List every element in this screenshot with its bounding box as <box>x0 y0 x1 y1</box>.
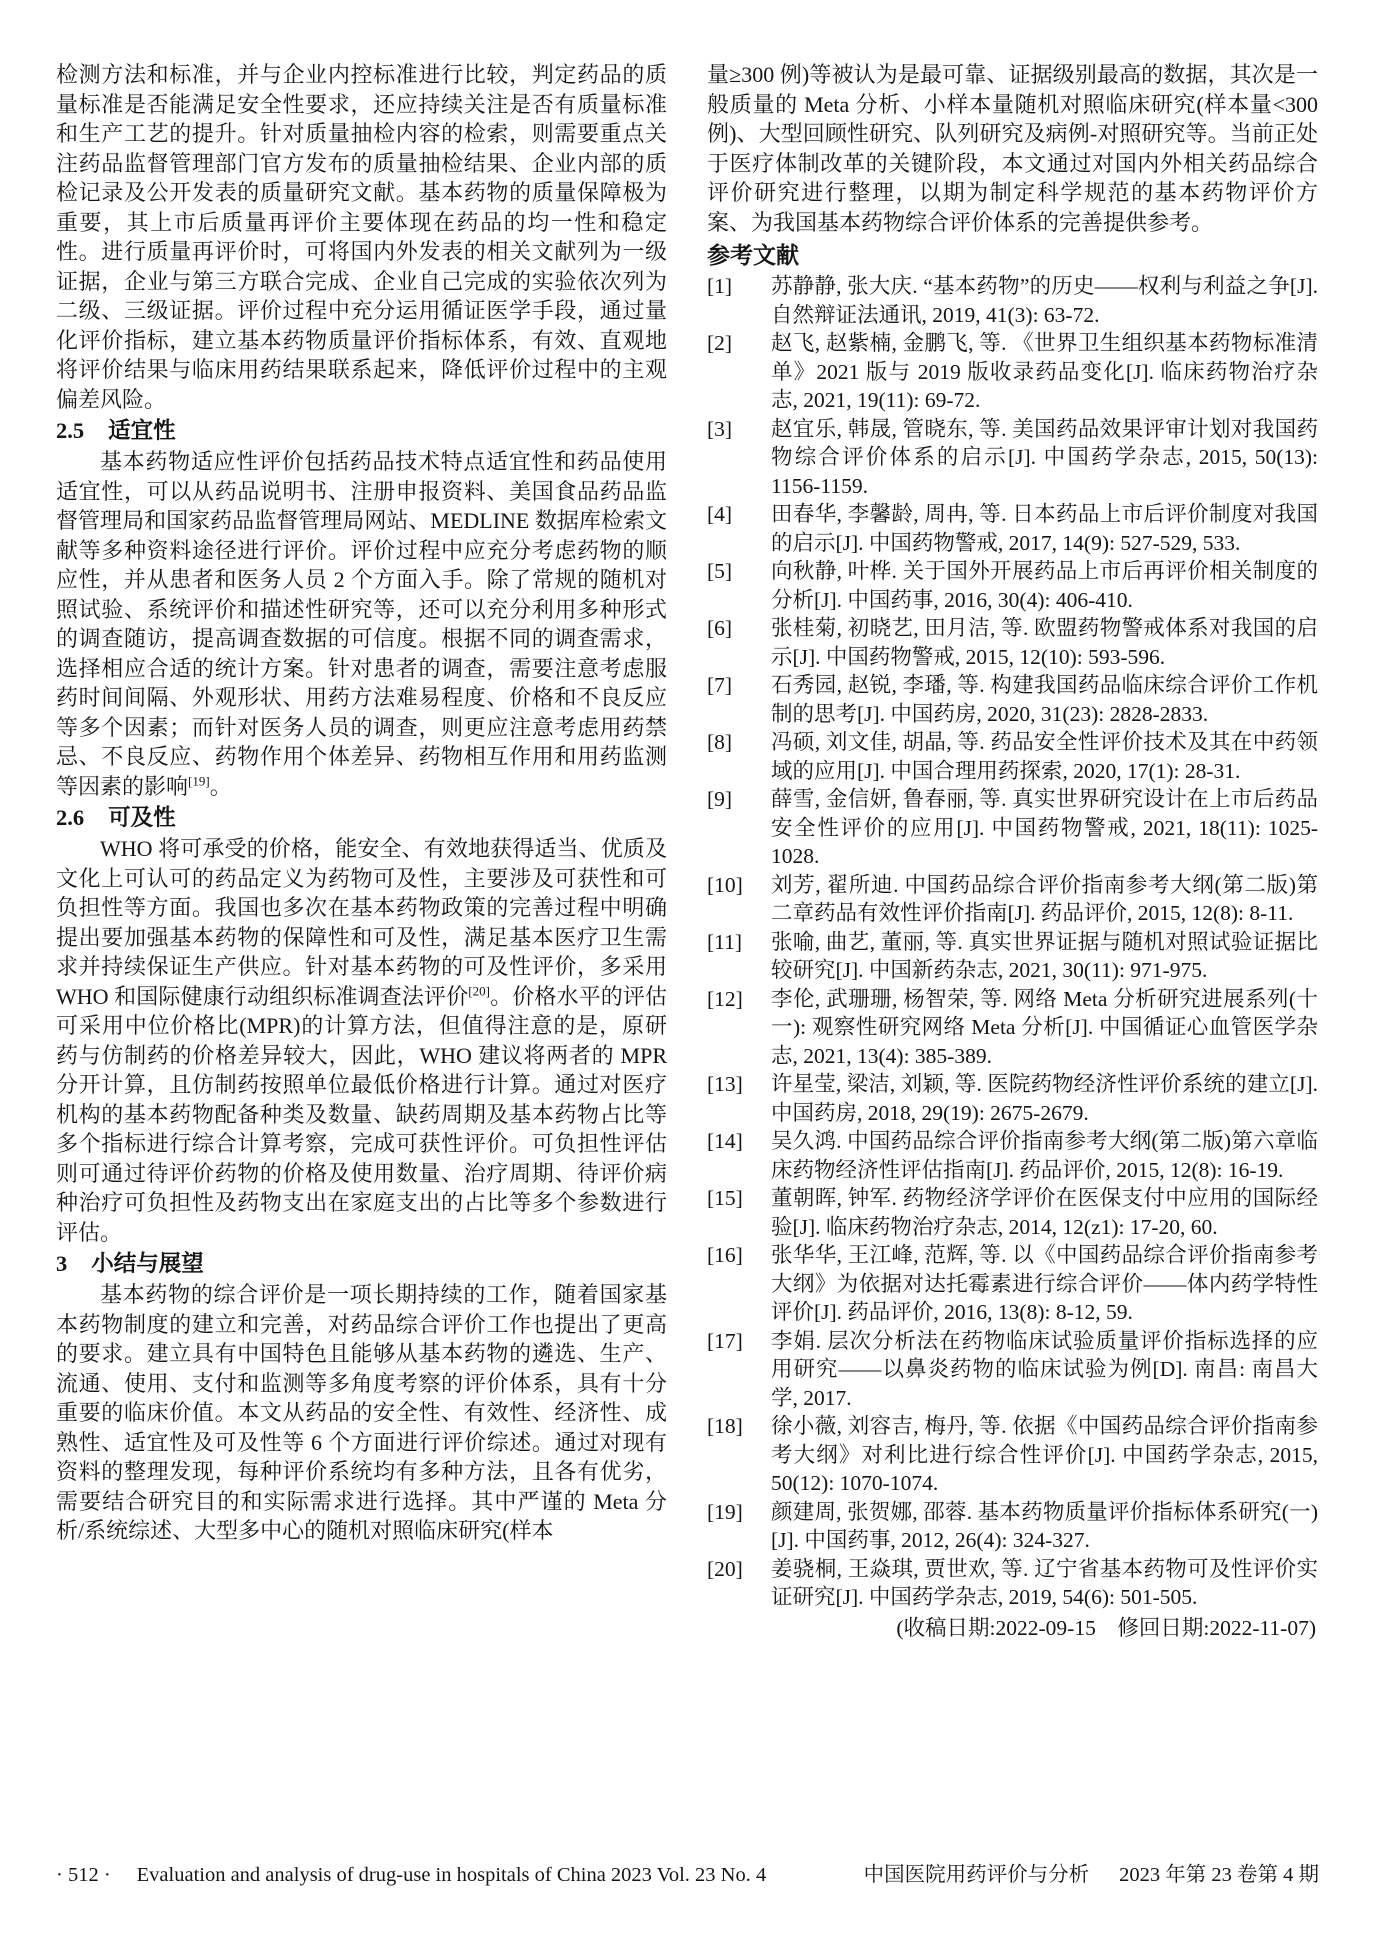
journal-page: 检测方法和标准，并与企业内控标准进行比较，判定药品的质量标准是否能满足安全性要求… <box>0 0 1375 1940</box>
section-heading-2-6: 2.6可及性 <box>56 803 667 833</box>
citation-superscript-20: [20] <box>468 983 490 998</box>
reference-item: [17] 李娟. 层次分析法在药物临床试验质量评价指标选择的应用研究——以鼻炎药… <box>707 1327 1318 1413</box>
received-revised-dates: (收稿日期:2022-09-15 修回日期:2022-11-07) <box>707 1613 1318 1643</box>
reference-number: [11] <box>707 928 771 985</box>
section-3-paragraph: 基本药物的综合评价是一项长期持续的工作，随着国家基本药物制度的建立和完善，对药品… <box>56 1280 667 1546</box>
reference-item: [5] 向秋静, 叶桦. 关于国外开展药品上市后再评价相关制度的分析[J]. 中… <box>707 557 1318 614</box>
continued-paragraph-quality: 检测方法和标准，并与企业内控标准进行比较，判定药品的质量标准是否能满足安全性要求… <box>56 60 667 414</box>
reference-number: [5] <box>707 557 771 614</box>
reference-number: [16] <box>707 1241 771 1327</box>
reference-number: [20] <box>707 1555 771 1612</box>
reference-item: [9] 薛雪, 金信妍, 鲁春丽, 等. 真实世界研究设计在上市后药品安全性评价… <box>707 785 1318 871</box>
reference-text: 向秋静, 叶桦. 关于国外开展药品上市后再评价相关制度的分析[J]. 中国药事,… <box>771 557 1318 614</box>
reference-number: [3] <box>707 415 771 501</box>
reference-number: [17] <box>707 1327 771 1413</box>
reference-number: [14] <box>707 1127 771 1184</box>
reference-item: [8] 冯硕, 刘文佳, 胡晶, 等. 药品安全性评价技术及其在中药领域的应用[… <box>707 728 1318 785</box>
journal-title-chinese: 中国医院用药评价与分析 <box>864 1862 1090 1888</box>
reference-number: [19] <box>707 1498 771 1555</box>
right-column: 量≥300 例)等被认为是最可靠、证据级别最高的数据，其次是一般质量的 Meta… <box>707 60 1318 1643</box>
reference-text: 赵飞, 赵紫楠, 金鹏飞, 等. 《世界卫生组织基本药物标准清单》2021 版与… <box>771 329 1318 415</box>
reference-text: 张桂菊, 初晓艺, 田月洁, 等. 欧盟药物警戒体系对我国的启示[J]. 中国药… <box>771 614 1318 671</box>
reference-number: [13] <box>707 1070 771 1127</box>
page-number: · 512 · <box>56 1862 111 1888</box>
reference-text: 薛雪, 金信妍, 鲁春丽, 等. 真实世界研究设计在上市后药品安全性评价的应用[… <box>771 785 1318 871</box>
footer-left: · 512 · Evaluation and analysis of drug-… <box>56 1862 766 1888</box>
section-heading-3: 3小结与展望 <box>56 1249 667 1279</box>
footer-right: 中国医院用药评价与分析 2023 年第 23 卷第 4 期 <box>864 1862 1319 1888</box>
reference-text: 张喻, 曲艺, 董丽, 等. 真实世界证据与随机对照试验证据比较研究[J]. 中… <box>771 928 1318 985</box>
reference-item: [10] 刘芳, 翟所迪. 中国药品综合评价指南参考大纲(第二版)第二章药品有效… <box>707 871 1318 928</box>
reference-item: [19] 颜建周, 张贺娜, 邵蓉. 基本药物质量评价指标体系研究(一)[J].… <box>707 1498 1318 1555</box>
reference-item: [2] 赵飞, 赵紫楠, 金鹏飞, 等. 《世界卫生组织基本药物标准清单》202… <box>707 329 1318 415</box>
reference-item: [20] 姜骁桐, 王焱琪, 贾世欢, 等. 辽宁省基本药物可及性评价实证研究[… <box>707 1555 1318 1612</box>
reference-number: [12] <box>707 985 771 1071</box>
reference-text: 董朝晖, 钟军. 药物经济学评价在医保支付中应用的国际经验[J]. 临床药物治疗… <box>771 1184 1318 1241</box>
reference-text: 李伦, 武珊珊, 杨智荣, 等. 网络 Meta 分析研究进展系列(十一): 观… <box>771 985 1318 1071</box>
reference-text: 张华华, 王江峰, 范辉, 等. 以《中国药品综合评价指南参考大纲》为依据对达托… <box>771 1241 1318 1327</box>
reference-item: [4] 田春华, 李馨龄, 周冉, 等. 日本药品上市后评价制度对我国的启示[J… <box>707 500 1318 557</box>
reference-text: 赵宜乐, 韩晟, 管晓东, 等. 美国药品效果评审计划对我国药物综合评价体系的启… <box>771 415 1318 501</box>
reference-item: [1] 苏静静, 张大庆. “基本药物”的历史——权利与利益之争[J]. 自然辩… <box>707 272 1318 329</box>
left-column: 检测方法和标准，并与企业内控标准进行比较，判定药品的质量标准是否能满足安全性要求… <box>56 60 667 1643</box>
section-number: 2.5 <box>56 418 84 443</box>
section-2-6-paragraph: WHO 将可承受的价格，能安全、有效地获得适当、优质及文化上可认可的药品定义为药… <box>56 834 667 1247</box>
two-column-layout: 检测方法和标准，并与企业内控标准进行比较，判定药品的质量标准是否能满足安全性要求… <box>56 60 1319 1643</box>
journal-title-english: Evaluation and analysis of drug-use in h… <box>137 1862 767 1888</box>
paragraph-text: 。 <box>210 774 232 799</box>
reference-number: [9] <box>707 785 771 871</box>
reference-text: 姜骁桐, 王焱琪, 贾世欢, 等. 辽宁省基本药物可及性评价实证研究[J]. 中… <box>771 1555 1318 1612</box>
reference-number: [6] <box>707 614 771 671</box>
reference-item: [11] 张喻, 曲艺, 董丽, 等. 真实世界证据与随机对照试验证据比较研究[… <box>707 928 1318 985</box>
paragraph-text: 。价格水平的评估可采用中位价格比(MPR)的计算方法，但值得注意的是，原研药与仿… <box>56 984 667 1245</box>
reference-item: [6] 张桂菊, 初晓艺, 田月洁, 等. 欧盟药物警戒体系对我国的启示[J].… <box>707 614 1318 671</box>
reference-text: 苏静静, 张大庆. “基本药物”的历史——权利与利益之争[J]. 自然辩证法通讯… <box>771 272 1318 329</box>
reference-item: [3] 赵宜乐, 韩晟, 管晓东, 等. 美国药品效果评审计划对我国药物综合评价… <box>707 415 1318 501</box>
section-title: 可及性 <box>108 805 176 830</box>
section-number: 2.6 <box>56 805 84 830</box>
reference-text: 徐小薇, 刘容吉, 梅丹, 等. 依据《中国药品综合评价指南参考大纲》对利比进行… <box>771 1412 1318 1498</box>
reference-text: 吴久鸿. 中国药品综合评价指南参考大纲(第二版)第六章临床药物经济性评估指南[J… <box>771 1127 1318 1184</box>
reference-text: 石秀园, 赵锐, 李璠, 等. 构建我国药品临床综合评价工作机制的思考[J]. … <box>771 671 1318 728</box>
reference-item: [12] 李伦, 武珊珊, 杨智荣, 等. 网络 Meta 分析研究进展系列(十… <box>707 985 1318 1071</box>
reference-item: [7] 石秀园, 赵锐, 李璠, 等. 构建我国药品临床综合评价工作机制的思考[… <box>707 671 1318 728</box>
reference-text: 冯硕, 刘文佳, 胡晶, 等. 药品安全性评价技术及其在中药领域的应用[J]. … <box>771 728 1318 785</box>
reference-text: 刘芳, 翟所迪. 中国药品综合评价指南参考大纲(第二版)第二章药品有效性评价指南… <box>771 871 1318 928</box>
reference-item: [13] 许星莹, 梁洁, 刘颖, 等. 医院药物经济性评价系统的建立[J]. … <box>707 1070 1318 1127</box>
section-heading-2-5: 2.5适宜性 <box>56 416 667 446</box>
references-heading: 参考文献 <box>707 239 1318 272</box>
reference-item: [18] 徐小薇, 刘容吉, 梅丹, 等. 依据《中国药品综合评价指南参考大纲》… <box>707 1412 1318 1498</box>
section-title: 适宜性 <box>108 418 176 443</box>
issue-info: 2023 年第 23 卷第 4 期 <box>1119 1862 1319 1888</box>
reference-number: [15] <box>707 1184 771 1241</box>
reference-number: [18] <box>707 1412 771 1498</box>
reference-item: [14] 吴久鸿. 中国药品综合评价指南参考大纲(第二版)第六章临床药物经济性评… <box>707 1127 1318 1184</box>
section-title: 小结与展望 <box>91 1251 204 1276</box>
page-footer: · 512 · Evaluation and analysis of drug-… <box>56 1862 1319 1888</box>
paragraph-text: 基本药物适应性评价包括药品技术特点适宜性和药品使用适宜性，可以从药品说明书、注册… <box>56 449 667 799</box>
section-2-5-paragraph: 基本药物适应性评价包括药品技术特点适宜性和药品使用适宜性，可以从药品说明书、注册… <box>56 447 667 801</box>
reference-number: [7] <box>707 671 771 728</box>
reference-item: [15] 董朝晖, 钟军. 药物经济学评价在医保支付中应用的国际经验[J]. 临… <box>707 1184 1318 1241</box>
reference-text: 李娟. 层次分析法在药物临床试验质量评价指标选择的应用研究——以鼻炎药物的临床试… <box>771 1327 1318 1413</box>
citation-superscript-19: [19] <box>188 773 210 788</box>
reference-text: 许星莹, 梁洁, 刘颖, 等. 医院药物经济性评价系统的建立[J]. 中国药房,… <box>771 1070 1318 1127</box>
reference-number: [2] <box>707 329 771 415</box>
references-list: [1] 苏静静, 张大庆. “基本药物”的历史——权利与利益之争[J]. 自然辩… <box>707 272 1318 1612</box>
reference-text: 田春华, 李馨龄, 周冉, 等. 日本药品上市后评价制度对我国的启示[J]. 中… <box>771 500 1318 557</box>
reference-item: [16] 张华华, 王江峰, 范辉, 等. 以《中国药品综合评价指南参考大纲》为… <box>707 1241 1318 1327</box>
section-number: 3 <box>56 1251 67 1276</box>
reference-number: [10] <box>707 871 771 928</box>
reference-text: 颜建周, 张贺娜, 邵蓉. 基本药物质量评价指标体系研究(一)[J]. 中国药事… <box>771 1498 1318 1555</box>
continued-paragraph-summary: 量≥300 例)等被认为是最可靠、证据级别最高的数据，其次是一般质量的 Meta… <box>707 60 1318 237</box>
reference-number: [1] <box>707 272 771 329</box>
reference-number: [4] <box>707 500 771 557</box>
reference-number: [8] <box>707 728 771 785</box>
